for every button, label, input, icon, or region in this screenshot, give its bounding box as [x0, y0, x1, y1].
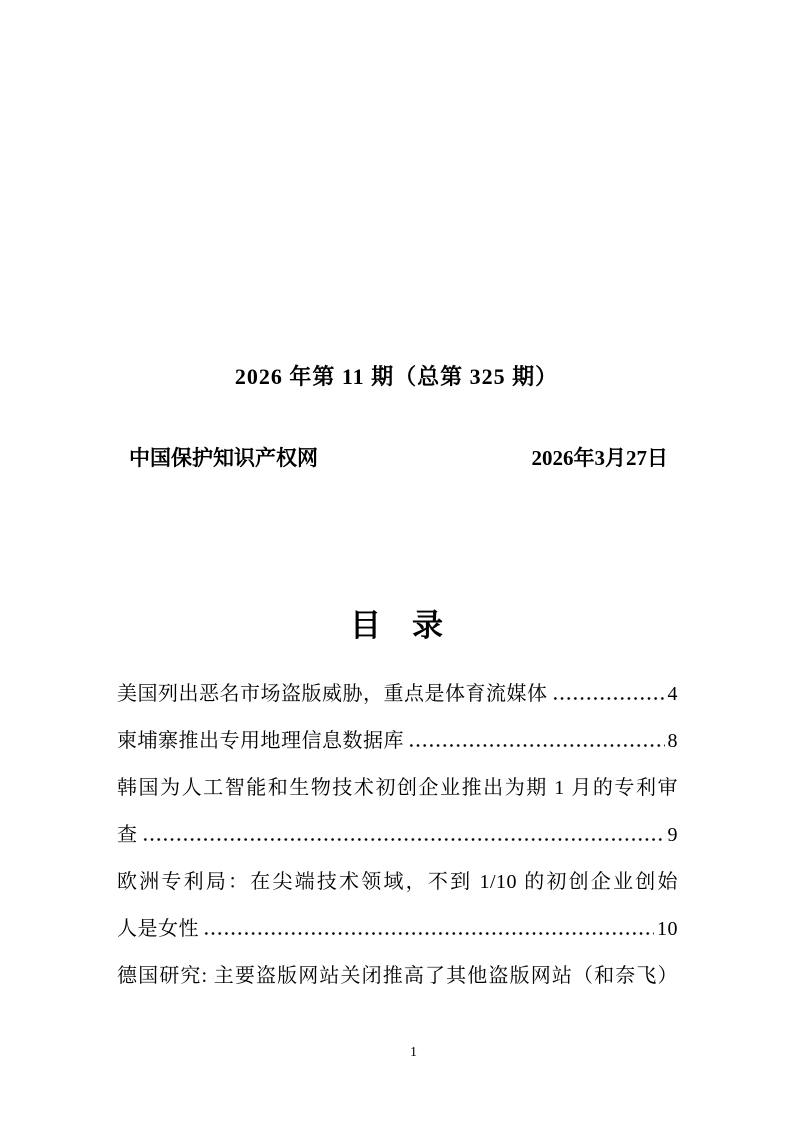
toc-dot-leader	[142, 838, 665, 841]
toc-dot-leader	[552, 697, 665, 700]
toc-entry-line: 柬埔寨推出专用地理信息数据库8	[117, 718, 678, 765]
issue-title: 2026 年第 11 期（总第 325 期）	[0, 360, 793, 391]
header-row: 中国保护知识产权网 2026年3月27日	[117, 442, 680, 472]
document-page: 2026 年第 11 期（总第 325 期） 中国保护知识产权网 2026年3月…	[0, 0, 793, 1122]
toc-dot-leader	[408, 744, 665, 747]
issue-date: 2026年3月27日	[532, 442, 669, 472]
toc-page-number: 4	[668, 671, 679, 718]
toc-entry-line: 查9	[117, 812, 678, 859]
toc-entry-text: 人是女性	[117, 906, 199, 953]
toc-entry-text: 柬埔寨推出专用地理信息数据库	[117, 718, 404, 765]
toc-entry-text: 德国研究: 主要盗版网站关闭推高了其他盗版网站（和奈飞）	[117, 953, 678, 1000]
toc-dot-leader	[203, 932, 654, 935]
toc-page-number: 9	[668, 812, 679, 859]
source-name: 中国保护知识产权网	[129, 442, 318, 472]
toc-page-number: 8	[668, 718, 679, 765]
toc-entry-text: 美国列出恶名市场盗版威胁，重点是体育流媒体	[117, 671, 548, 718]
toc-title: 目 录	[0, 600, 793, 645]
page-number-footer: 1	[410, 1045, 417, 1061]
toc-entry-line: 美国列出恶名市场盗版威胁，重点是体育流媒体4	[117, 671, 678, 718]
toc-entry-text: 查	[117, 812, 138, 859]
toc-list: 美国列出恶名市场盗版威胁，重点是体育流媒体4柬埔寨推出专用地理信息数据库8韩国为…	[117, 671, 678, 1000]
toc-entry-text: 欧洲专利局：在尖端技术领域，不到 1/10 的初创企业创始	[117, 859, 678, 906]
toc-entry-line: 人是女性10	[117, 906, 678, 953]
toc-page-number: 10	[657, 906, 678, 953]
toc-entry-text: 韩国为人工智能和生物技术初创企业推出为期 1 月的专利审	[117, 765, 678, 812]
